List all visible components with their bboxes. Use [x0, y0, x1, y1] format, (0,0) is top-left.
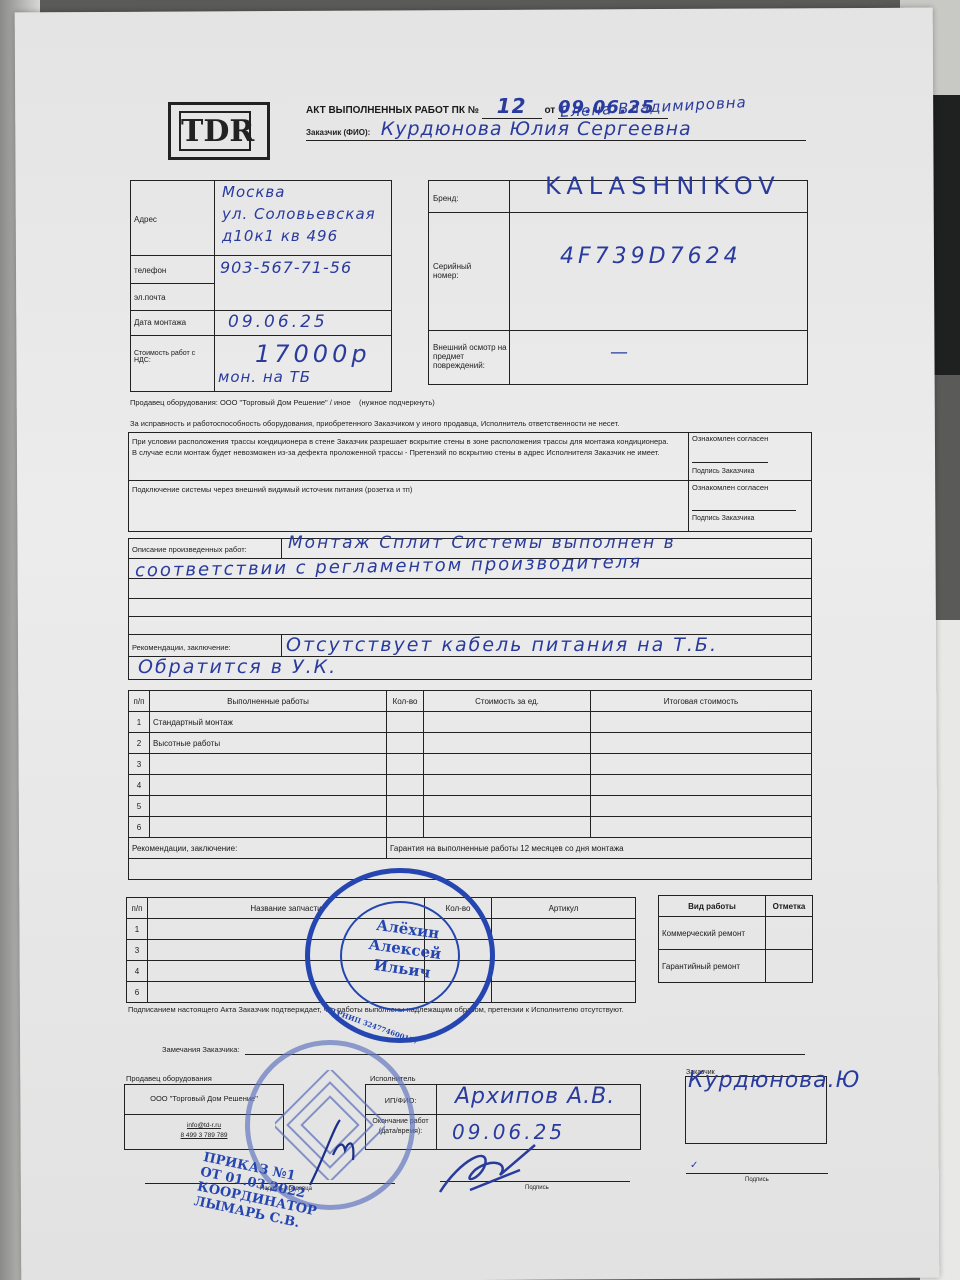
divider: [281, 634, 282, 656]
disclaimer: За исправность и работоспособность обору…: [130, 419, 619, 428]
table-row: 2 Высотные работы: [129, 733, 812, 754]
col-header: п/п: [127, 898, 148, 919]
warranty-text: Гарантия на выполненные работы 12 месяце…: [387, 838, 812, 859]
col-header: Итоговая стоимость: [591, 691, 812, 712]
row-number: 1: [127, 919, 148, 940]
recommendations-label: Рекомендации, заключение:: [132, 643, 231, 652]
divider: [214, 180, 215, 392]
works-table: п/п Выполненные работы Кол-во Стоимость …: [128, 690, 812, 880]
repair-type-warranty: Гарантийный ремонт: [659, 950, 766, 983]
install-date-label: Дата монтажа: [134, 318, 186, 327]
serial-value[interactable]: 4F739D7624: [560, 244, 742, 269]
col-header: п/п: [129, 691, 150, 712]
col-header: Отметка: [766, 896, 813, 917]
table-row: Гарантийный ремонт: [659, 950, 813, 983]
work-unit-price[interactable]: [424, 712, 591, 733]
work-name[interactable]: [150, 775, 387, 796]
work-total[interactable]: [591, 775, 812, 796]
seller-block-label: Продавец оборудования: [126, 1074, 212, 1083]
customer-name[interactable]: Курдюнова Юлия Сергеевна: [381, 118, 692, 140]
sign-label: Подпись Заказчика: [692, 468, 754, 475]
work-unit-price[interactable]: [424, 733, 591, 754]
brand-value[interactable]: KALASHNIKOV: [545, 172, 781, 200]
title-text: АКТ ВЫПОЛНЕННЫХ РАБОТ ПК №: [306, 105, 479, 116]
table-row: 1 Стандартный монтаж: [129, 712, 812, 733]
col-header: Артикул: [492, 898, 636, 919]
work-unit-price[interactable]: [424, 775, 591, 796]
work-description-label: Описание произведенных работ:: [132, 545, 247, 554]
seller-line: Продавец оборудования: ООО "Торговый Дом…: [130, 398, 435, 407]
row-number: 2: [129, 733, 150, 754]
row-number: 3: [129, 754, 150, 775]
seller-signature: [305, 1115, 365, 1190]
work-name[interactable]: [150, 754, 387, 775]
repair-type-header: Вид работы Отметка: [659, 896, 813, 917]
work-name[interactable]: [150, 817, 387, 838]
blank-row[interactable]: [129, 859, 812, 880]
cost-value[interactable]: 17000р: [255, 340, 371, 368]
inspection-label: Внешний осмотр на предмет повреждений:: [433, 343, 509, 370]
divider: [688, 432, 689, 532]
row-number: 3: [127, 940, 148, 961]
work-name[interactable]: [150, 796, 387, 817]
logo-text: TDR: [179, 111, 251, 151]
ip-stamp: Алёхин Алексей Ильич ОГРНИП 324774600137: [305, 868, 495, 1043]
checkmark-icon: ✓: [690, 1160, 699, 1171]
address-line: ул. Соловьевская: [222, 203, 376, 225]
work-qty[interactable]: [387, 754, 424, 775]
col-header: Выполненные работы: [150, 691, 387, 712]
table-row: Коммерческий ремонт: [659, 917, 813, 950]
executor-signature: [430, 1140, 550, 1200]
repair-type-mark[interactable]: [766, 917, 813, 950]
divider: [128, 480, 812, 481]
recommendations-line[interactable]: Обратится в У.К.: [138, 656, 337, 678]
col-header: Стоимость за ед.: [424, 691, 591, 712]
address-label: Адрес: [134, 215, 157, 224]
customer-signature-field[interactable]: [692, 510, 796, 511]
part-article[interactable]: [492, 940, 636, 961]
customer-signature-field[interactable]: [686, 1173, 828, 1174]
install-date-value[interactable]: 09.06.25: [228, 312, 328, 332]
condition-text: Подключение системы через внешний видимы…: [132, 485, 412, 494]
table-row: [129, 859, 812, 880]
divider: [428, 212, 808, 213]
cost-note: мон. на ТБ: [218, 368, 311, 386]
executor-fio[interactable]: Архипов А.В.: [455, 1084, 615, 1109]
work-qty[interactable]: [387, 796, 424, 817]
divider: [281, 538, 282, 558]
customer-name-correction: Елена Владимировна: [560, 93, 748, 121]
divider: [130, 335, 392, 336]
email-label: эл.почта: [134, 293, 166, 302]
divider: [130, 310, 392, 311]
work-total[interactable]: [591, 733, 812, 754]
act-number[interactable]: 12: [482, 94, 542, 119]
customer-sign-label: Подпись: [745, 1177, 769, 1183]
part-article[interactable]: [492, 982, 636, 1003]
brand-label: Бренд:: [433, 194, 458, 203]
part-article[interactable]: [492, 919, 636, 940]
address-line: Москва: [222, 181, 376, 203]
works-table-footer: Рекомендации, заключение: Гарантия на вы…: [129, 838, 812, 859]
work-unit-price[interactable]: [424, 796, 591, 817]
cost-label: Стоимость работ с НДС:: [134, 350, 212, 364]
condition-text: При условии расположения трассы кондицио…: [132, 436, 682, 458]
table-row: 3: [129, 754, 812, 775]
address-value[interactable]: Москва ул. Соловьевская д10к1 кв 496: [222, 181, 376, 247]
inspection-value[interactable]: —: [610, 342, 629, 363]
repair-type-commercial: Коммерческий ремонт: [659, 917, 766, 950]
table-row: 4: [129, 775, 812, 796]
work-qty[interactable]: [387, 817, 424, 838]
works-table-header: п/п Выполненные работы Кол-во Стоимость …: [129, 691, 812, 712]
work-qty[interactable]: [387, 775, 424, 796]
divider: [130, 255, 392, 256]
work-description-line[interactable]: Монтаж Сплит Системы выполнен в: [288, 533, 676, 553]
part-article[interactable]: [492, 961, 636, 982]
work-qty[interactable]: [387, 712, 424, 733]
company-logo: TDR: [168, 102, 270, 160]
work-qty[interactable]: [387, 733, 424, 754]
agree-label: Ознакомлен согласен: [692, 483, 768, 492]
customer-block-name[interactable]: Курдюнова.Ю: [688, 1068, 860, 1093]
phone-value[interactable]: 903-567-71-56: [220, 258, 352, 277]
divider: [428, 330, 808, 331]
customer-signature-field[interactable]: [692, 462, 768, 463]
row-number: 4: [127, 961, 148, 982]
col-header: Кол-во: [387, 691, 424, 712]
divider: [128, 598, 812, 599]
row-number: 5: [129, 796, 150, 817]
address-line: д10к1 кв 496: [222, 225, 376, 247]
row-number: 6: [129, 817, 150, 838]
divider: [130, 283, 215, 284]
agree-label: Ознакомлен согласен: [692, 434, 768, 443]
work-total[interactable]: [591, 796, 812, 817]
date-label: от: [544, 105, 555, 116]
row-number: 1: [129, 712, 150, 733]
work-name[interactable]: Стандартный монтаж: [150, 712, 387, 733]
customer-name-correction-wrap: Елена Владимировна: [560, 98, 747, 117]
divider: [509, 180, 510, 385]
footer-recommendations-label: Рекомендации, заключение:: [129, 838, 387, 859]
remarks-label: Замечания Заказчика:: [162, 1045, 240, 1054]
phone-label: телефон: [134, 266, 166, 275]
repair-type-mark[interactable]: [766, 950, 813, 983]
customer-label: Заказчик (ФИО):: [306, 128, 370, 137]
sign-label: Подпись Заказчика: [692, 515, 754, 522]
customer-row: Заказчик (ФИО): Курдюнова Юлия Сергеевна: [306, 118, 806, 141]
work-name[interactable]: Высотные работы: [150, 733, 387, 754]
serial-label: Серийный номер:: [433, 262, 493, 280]
work-total[interactable]: [591, 712, 812, 733]
work-total[interactable]: [591, 817, 812, 838]
row-number: 6: [127, 982, 148, 1003]
work-unit-price[interactable]: [424, 754, 591, 775]
table-row: 5: [129, 796, 812, 817]
recommendations-line[interactable]: Отсутствует кабель питания на Т.Б.: [286, 634, 718, 656]
col-header: Вид работы: [659, 896, 766, 917]
table-row: 6: [129, 817, 812, 838]
work-total[interactable]: [591, 754, 812, 775]
row-number: 4: [129, 775, 150, 796]
divider: [128, 616, 812, 617]
repair-type-table: Вид работы Отметка Коммерческий ремонт Г…: [658, 895, 813, 983]
work-unit-price[interactable]: [424, 817, 591, 838]
